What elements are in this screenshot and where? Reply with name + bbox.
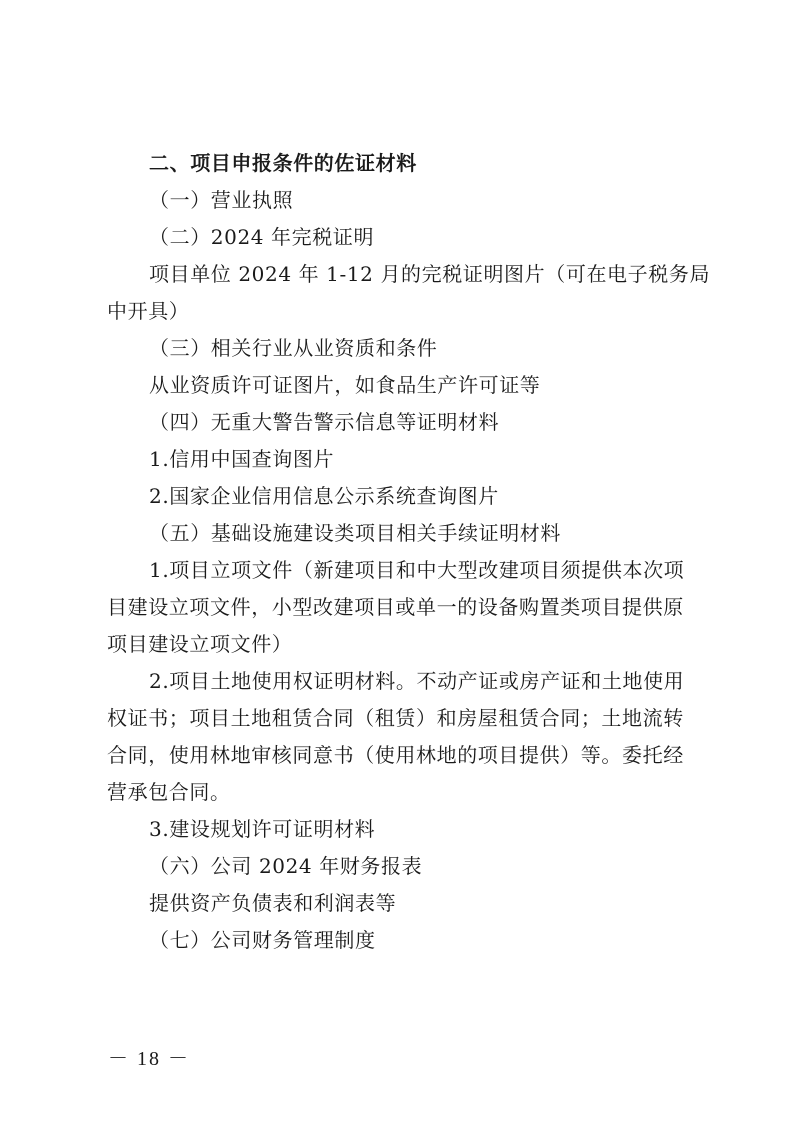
section-heading: 二、项目申报条件的佐证材料 xyxy=(107,145,692,182)
paragraph-line: 营承包合同。 xyxy=(107,774,692,811)
document-page: 二、项目申报条件的佐证材料 （一）营业执照（二）2024 年完税证明项目单位 2… xyxy=(107,145,692,959)
paragraph-line: 项目建设立项文件） xyxy=(107,626,692,663)
paragraph-line: 中开具） xyxy=(107,293,692,330)
paragraph-line: 从业资质许可证图片，如食品生产许可证等 xyxy=(107,367,692,404)
body-lines: （一）营业执照（二）2024 年完税证明项目单位 2024 年 1-12 月的完… xyxy=(107,182,692,959)
paragraph-line: 3.建设规划许可证明材料 xyxy=(107,811,692,848)
subsection-heading: （一）营业执照 xyxy=(107,182,692,219)
paragraph-line: 1.项目立项文件（新建项目和中大型改建项目须提供本次项 xyxy=(107,552,692,589)
subsection-heading: （五）基础设施建设类项目相关手续证明材料 xyxy=(107,515,692,552)
subsection-heading: （六）公司 2024 年财务报表 xyxy=(107,848,692,885)
paragraph-line: 目建设立项文件，小型改建项目或单一的设备购置类项目提供原 xyxy=(107,589,692,626)
subsection-heading: （二）2024 年完税证明 xyxy=(107,219,692,256)
page-number: － 18 － xyxy=(108,1042,190,1071)
paragraph-line: 项目单位 2024 年 1-12 月的完税证明图片（可在电子税务局 xyxy=(107,256,692,293)
subsection-heading: （七）公司财务管理制度 xyxy=(107,922,692,959)
subsection-heading: （三）相关行业从业资质和条件 xyxy=(107,330,692,367)
paragraph-line: 合同，使用林地审核同意书（使用林地的项目提供）等。委托经 xyxy=(107,737,692,774)
paragraph-line: 提供资产负债表和利润表等 xyxy=(107,885,692,922)
subsection-heading: （四）无重大警告警示信息等证明材料 xyxy=(107,404,692,441)
paragraph-line: 2.项目土地使用权证明材料。不动产证或房产证和土地使用 xyxy=(107,663,692,700)
paragraph-line: 2.国家企业信用信息公示系统查询图片 xyxy=(107,478,692,515)
paragraph-line: 权证书；项目土地租赁合同（租赁）和房屋租赁合同；土地流转 xyxy=(107,700,692,737)
paragraph-line: 1.信用中国查询图片 xyxy=(107,441,692,478)
